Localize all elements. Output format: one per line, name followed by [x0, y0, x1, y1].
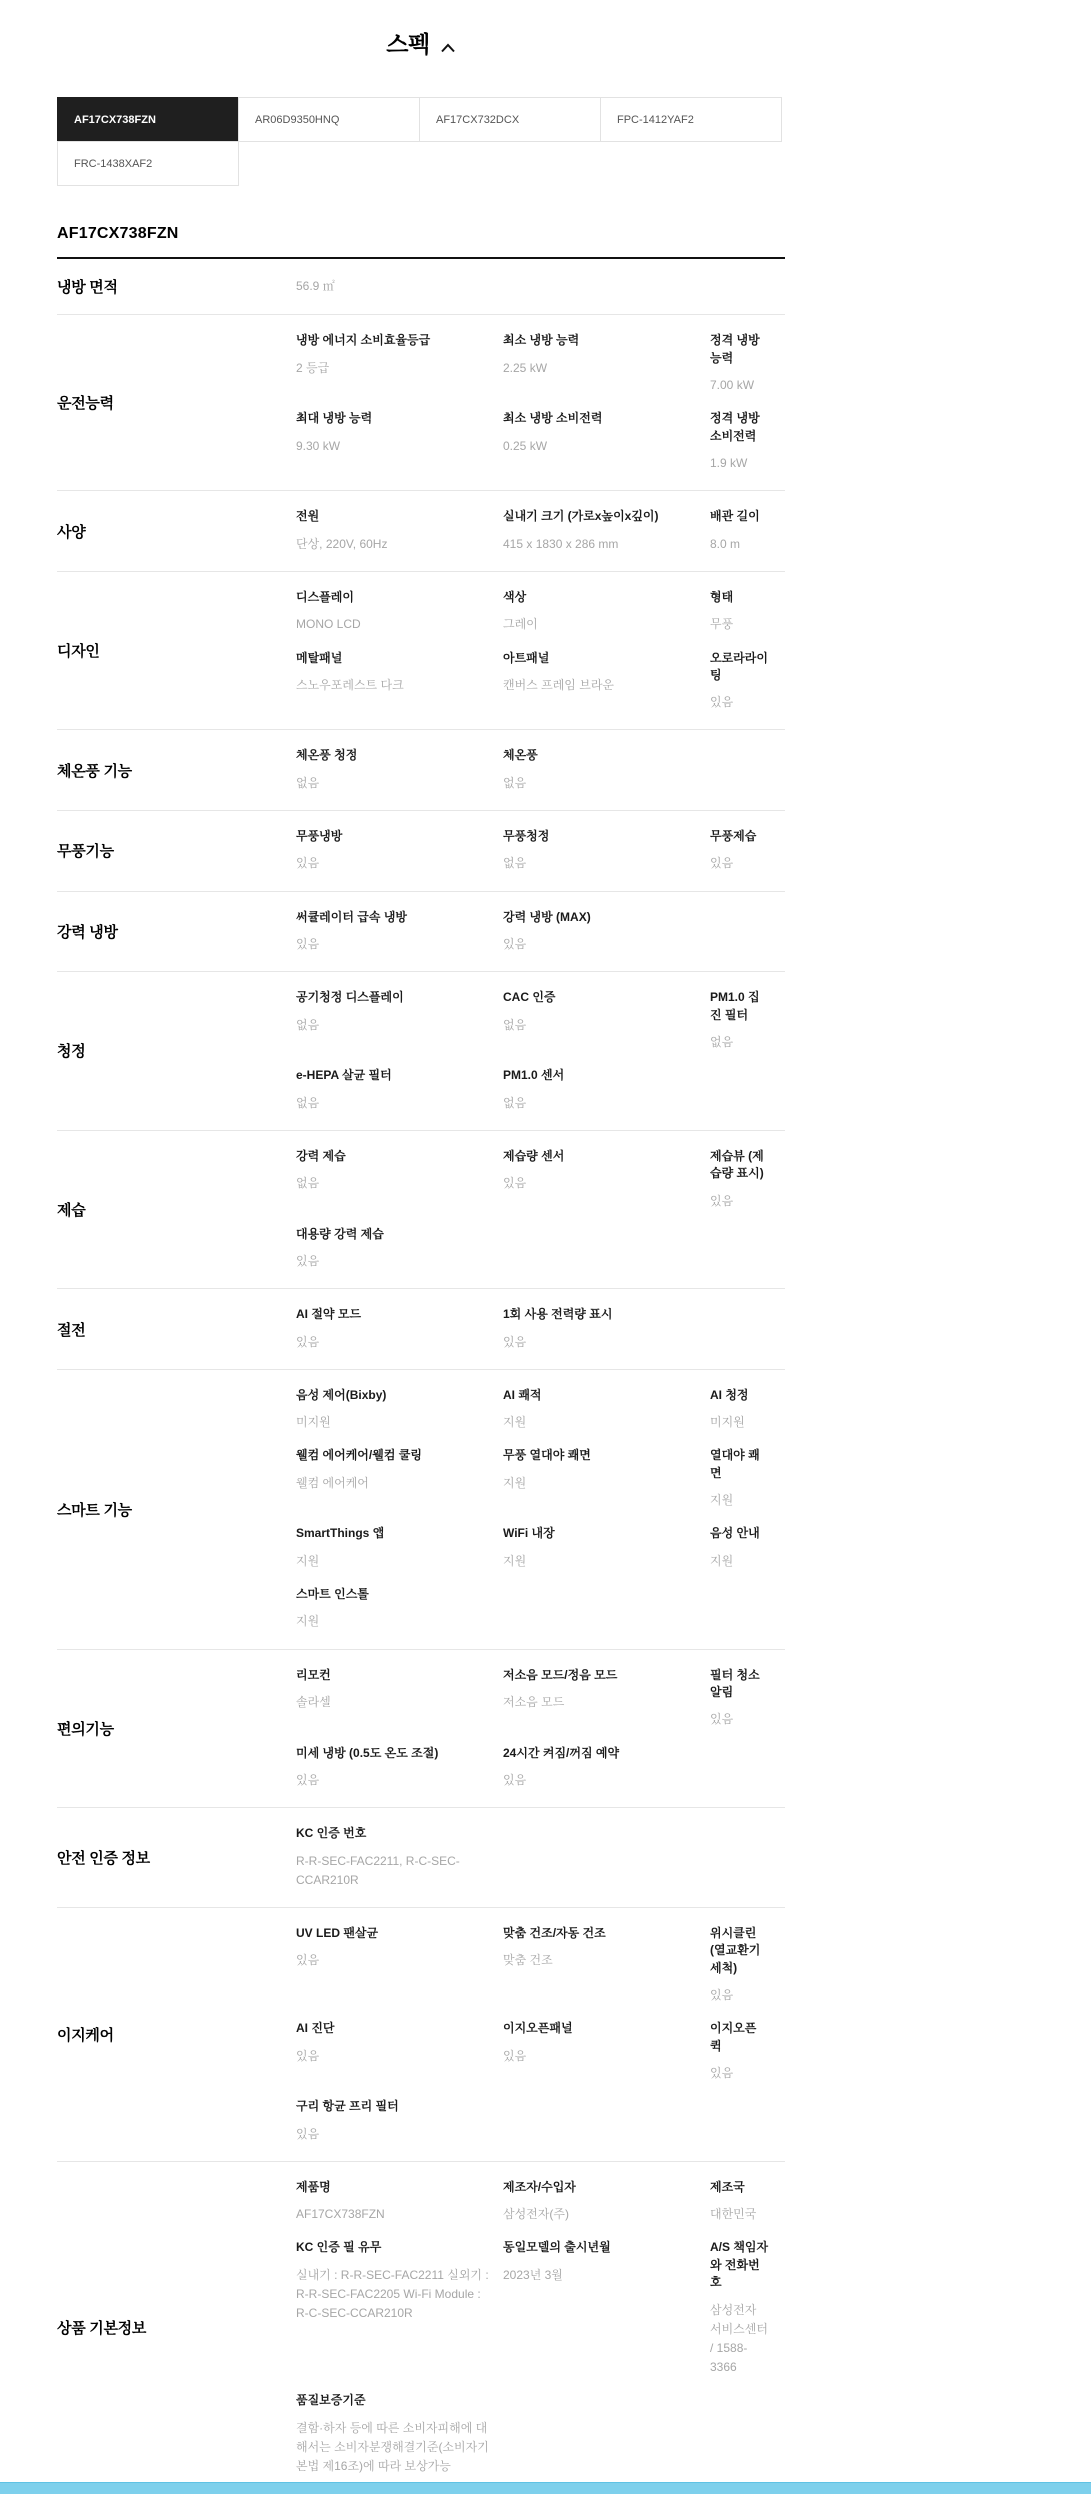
spec-item: 아트패널캔버스 프레임 브라운: [503, 650, 710, 713]
spec-row-title: 사양: [57, 521, 296, 542]
spec-item: 색상그레이: [503, 589, 710, 635]
spec-item: 실내기 크기 (가로x높이x깊이)415 x 1830 x 286 mm: [503, 508, 710, 554]
spec-item-value: 없음: [296, 1016, 489, 1035]
spec-item-value: 있음: [710, 1710, 771, 1729]
spec-item: 써큘레이터 급속 냉방있음: [296, 909, 503, 955]
model-tab-FPC-1412YAF2[interactable]: FPC-1412YAF2: [600, 97, 782, 142]
spec-item: 이지오픈패널있음: [503, 2020, 710, 2083]
spec-item-label: PM1.0 센서: [503, 1067, 696, 1084]
spec-row: 제습강력 제습없음제습량 센서있음제습뷰 (제습량 표시)있음대용량 강력 제습…: [57, 1131, 785, 1290]
spec-row-title: 청정: [57, 1040, 296, 1061]
spec-item-label: 미세 냉방 (0.5도 온도 조절): [296, 1745, 489, 1762]
spec-item: WiFi 내장지원: [503, 1525, 710, 1571]
spec-item-label: e-HEPA 살균 필터: [296, 1067, 489, 1084]
spec-item-value: 9.30 kW: [296, 437, 489, 456]
spec-item-label: 구리 항균 프리 필터: [296, 2098, 489, 2115]
spec-item-value: 미지원: [296, 1413, 489, 1432]
spec-item-value: 2 등급: [296, 359, 489, 378]
spec-item: UV LED 팬살균있음: [296, 1925, 503, 2005]
spec-row-items: 디스플레이MONO LCD색상그레이형태무풍메탈패널스노우포레스트 다크아트패널…: [296, 589, 785, 713]
spec-item-label: PM1.0 집진 필터: [710, 989, 771, 1024]
model-tab-AF17CX732DCX[interactable]: AF17CX732DCX: [419, 97, 601, 142]
spec-item-label: 최대 냉방 능력: [296, 410, 489, 427]
spec-item: 필터 청소 알림있음: [710, 1667, 785, 1730]
spec-item-label: 강력 냉방 (MAX): [503, 909, 696, 926]
spec-item-value: 415 x 1830 x 286 mm: [503, 535, 696, 554]
spec-item-value: 지원: [710, 1552, 771, 1571]
spec-row-title: 상품 기본정보: [57, 2317, 296, 2338]
spec-item-value: 웰컴 에어케어: [296, 1474, 489, 1493]
spec-row: 스마트 기능음성 제어(Bixby)미지원AI 쾌적지원AI 청정미지원웰컴 에…: [57, 1370, 785, 1650]
spec-item-label: 오로라라이팅: [710, 650, 771, 685]
spec-item: 메탈패널스노우포레스트 다크: [296, 650, 503, 713]
spec-item: CAC 인증없음: [503, 989, 710, 1052]
spec-item-label: AI 진단: [296, 2020, 489, 2037]
spec-item: 맞춤 건조/자동 건조맞춤 건조: [503, 1925, 710, 2005]
spec-item-value: 없음: [710, 1033, 771, 1052]
spec-item: 음성 제어(Bixby)미지원: [296, 1387, 503, 1433]
spec-row: 상품 기본정보제품명AF17CX738FZN제조자/수입자삼성전자(주)제조국대…: [57, 2162, 785, 2494]
model-tab-FRC-1438XAF2[interactable]: FRC-1438XAF2: [57, 141, 239, 186]
spec-item-value: 없음: [503, 774, 696, 793]
footer-accent-bar: [0, 2482, 1091, 2494]
spec-item-value: 있음: [296, 1252, 489, 1271]
spec-item-label: 메탈패널: [296, 650, 489, 667]
spec-item: 무풍 열대야 쾌면지원: [503, 1447, 710, 1510]
spec-item-value: 있음: [296, 854, 489, 873]
spec-item-value: 없음: [296, 1174, 489, 1193]
spec-row: 냉방 면적56.9 ㎡: [57, 259, 785, 315]
spec-item: 제품명AF17CX738FZN: [296, 2179, 503, 2225]
spec-item-label: 형태: [710, 589, 771, 606]
spec-item: 전원단상, 220V, 60Hz: [296, 508, 503, 554]
spec-item-label: A/S 책임자와 전화번호: [710, 2239, 771, 2291]
spec-item-label: KC 인증 번호: [296, 1825, 489, 1842]
spec-item-value: 1.9 kW: [710, 454, 771, 473]
spec-accordion-header[interactable]: 스펙: [57, 26, 785, 59]
spec-item-value: 7.00 kW: [710, 376, 771, 395]
spec-item: 오로라라이팅있음: [710, 650, 785, 713]
spec-item-value: 있음: [710, 854, 771, 873]
spec-item-label: AI 청정: [710, 1387, 771, 1404]
spec-row: 강력 냉방써큘레이터 급속 냉방있음강력 냉방 (MAX)있음: [57, 892, 785, 973]
spec-item-value: 지원: [710, 1491, 771, 1510]
spec-item-value: 지원: [503, 1474, 696, 1493]
spec-item-value: 저소음 모드: [503, 1693, 696, 1712]
spec-item: e-HEPA 살균 필터없음: [296, 1067, 503, 1113]
spec-item: 열대야 쾌면지원: [710, 1447, 785, 1510]
spec-item-label: 열대야 쾌면: [710, 1447, 771, 1482]
spec-item-label: 대용량 강력 제습: [296, 1226, 489, 1243]
spec-row: 안전 인증 정보KC 인증 번호R-R-SEC-FAC2211, R-C-SEC…: [57, 1808, 785, 1908]
spec-item: AI 절약 모드있음: [296, 1306, 503, 1352]
spec-item-label: 웰컴 에어케어/웰컴 쿨링: [296, 1447, 489, 1464]
spec-item: 저소음 모드/정음 모드저소음 모드: [503, 1667, 710, 1730]
spec-item: 제조자/수입자삼성전자(주): [503, 2179, 710, 2225]
spec-row-title: 이지케어: [57, 2024, 296, 2045]
spec-item-value: 없음: [296, 1094, 489, 1113]
spec-item-label: 무풍 열대야 쾌면: [503, 1447, 696, 1464]
spec-item-label: AI 쾌적: [503, 1387, 696, 1404]
spec-item: 공기청정 디스플레이없음: [296, 989, 503, 1052]
spec-item: 미세 냉방 (0.5도 온도 조절)있음: [296, 1745, 503, 1791]
spec-item-label: CAC 인증: [503, 989, 696, 1006]
spec-row-title: 제습: [57, 1199, 296, 1220]
spec-item-value: 결함·하자 등에 따른 소비자피해에 대해서는 소비자분쟁해결기준(소비자기본법…: [296, 2419, 489, 2477]
spec-item-label: 무풍냉방: [296, 828, 489, 845]
spec-item-label: 24시간 켜짐/꺼짐 예약: [503, 1745, 696, 1762]
spec-item: 음성 안내지원: [710, 1525, 785, 1571]
spec-item: 체온풍없음: [503, 747, 710, 793]
spec-item-value: 있음: [296, 1333, 489, 1352]
model-tab-AR06D9350HNQ[interactable]: AR06D9350HNQ: [238, 97, 420, 142]
spec-item-value: 있음: [503, 1771, 696, 1790]
spec-row: 청정공기청정 디스플레이없음CAC 인증없음PM1.0 집진 필터없음e-HEP…: [57, 972, 785, 1131]
spec-item: 24시간 켜짐/꺼짐 예약있음: [503, 1745, 710, 1791]
spec-row-items: 제품명AF17CX738FZN제조자/수입자삼성전자(주)제조국대한민국KC 인…: [296, 2179, 785, 2476]
spec-row-items: 56.9 ㎡: [296, 277, 785, 296]
spec-item: 웰컴 에어케어/웰컴 쿨링웰컴 에어케어: [296, 1447, 503, 1510]
spec-item-value: 있음: [296, 1951, 489, 1970]
spec-item-label: 냉방 에너지 소비효율등급: [296, 332, 489, 349]
spec-item-value: 2023년 3월: [503, 2266, 696, 2285]
spec-item: 체온풍 청정없음: [296, 747, 503, 793]
spec-row-title: 디자인: [57, 640, 296, 661]
spec-item-value: 있음: [503, 2047, 696, 2066]
spec-item-label: 스마트 인스톨: [296, 1586, 489, 1603]
spec-item: 정격 냉방 소비전력1.9 kW: [710, 410, 785, 473]
spec-row-items: 써큘레이터 급속 냉방있음강력 냉방 (MAX)있음: [296, 909, 785, 955]
spec-item: 무풍청정없음: [503, 828, 710, 874]
spec-item-label: 공기청정 디스플레이: [296, 989, 489, 1006]
spec-item-value: 있음: [296, 1771, 489, 1790]
spec-item-value: 지원: [503, 1413, 696, 1432]
spec-item-label: 필터 청소 알림: [710, 1667, 771, 1702]
spec-item-label: 동일모델의 출시년월: [503, 2239, 696, 2256]
spec-item-label: 1회 사용 전력량 표시: [503, 1306, 696, 1323]
spec-item-value: 스노우포레스트 다크: [296, 676, 489, 695]
spec-item: A/S 책임자와 전화번호삼성전자 서비스센터 / 1588-3366: [710, 2239, 785, 2377]
spec-item-label: 전원: [296, 508, 489, 525]
spec-item-label: 리모컨: [296, 1667, 489, 1684]
spec-item: 냉방 에너지 소비효율등급2 등급: [296, 332, 503, 395]
spec-item: 이지오픈 퀵있음: [710, 2020, 785, 2083]
spec-row-items: AI 절약 모드있음1회 사용 전력량 표시있음: [296, 1306, 785, 1352]
spec-item: 스마트 인스톨지원: [296, 1586, 503, 1632]
spec-item: 대용량 강력 제습있음: [296, 1226, 503, 1272]
spec-item-label: 색상: [503, 589, 696, 606]
spec-item-value: 미지원: [710, 1413, 771, 1432]
spec-row-items: UV LED 팬살균있음맞춤 건조/자동 건조맞춤 건조위시클린(열교환기 세척…: [296, 1925, 785, 2144]
spec-item: 품질보증기준결함·하자 등에 따른 소비자피해에 대해서는 소비자분쟁해결기준(…: [296, 2392, 503, 2476]
spec-row-items: 무풍냉방있음무풍청정없음무풍제습있음: [296, 828, 785, 874]
spec-item-label: KC 인증 필 유무: [296, 2239, 489, 2256]
spec-item: 강력 제습없음: [296, 1148, 503, 1211]
spec-item-label: 최소 냉방 소비전력: [503, 410, 696, 427]
spec-item-label: 음성 안내: [710, 1525, 771, 1542]
spec-item-label: SmartThings 앱: [296, 1525, 489, 1542]
spec-item: 리모컨솔라셀: [296, 1667, 503, 1730]
spec-item: PM1.0 센서없음: [503, 1067, 710, 1113]
spec-item: AI 진단있음: [296, 2020, 503, 2083]
spec-row-title: 냉방 면적: [57, 276, 296, 297]
spec-item-value: 그레이: [503, 615, 696, 634]
spec-item-value: 56.9 ㎡: [296, 277, 489, 296]
spec-item-value: 있음: [710, 1192, 771, 1211]
spec-item-value: 2.25 kW: [503, 359, 696, 378]
spec-row: 이지케어UV LED 팬살균있음맞춤 건조/자동 건조맞춤 건조위시클린(열교환…: [57, 1908, 785, 2162]
spec-item-label: 무풍제습: [710, 828, 771, 845]
spec-row: 무풍기능무풍냉방있음무풍청정없음무풍제습있음: [57, 811, 785, 892]
spec-item-label: 제품명: [296, 2179, 489, 2196]
spec-item-label: AI 절약 모드: [296, 1306, 489, 1323]
spec-item: 1회 사용 전력량 표시있음: [503, 1306, 710, 1352]
spec-item-value: 삼성전자(주): [503, 2205, 696, 2224]
spec-row: 절전AI 절약 모드있음1회 사용 전력량 표시있음: [57, 1289, 785, 1370]
spec-item: 제습뷰 (제습량 표시)있음: [710, 1148, 785, 1211]
spec-item-label: 강력 제습: [296, 1148, 489, 1165]
spec-row-title: 스마트 기능: [57, 1499, 296, 1520]
spec-item-value: 0.25 kW: [503, 437, 696, 456]
spec-item-value: 있음: [296, 2047, 489, 2066]
spec-item-value: 지원: [296, 1552, 489, 1571]
spec-item-label: 실내기 크기 (가로x높이x깊이): [503, 508, 696, 525]
spec-title: 스펙: [386, 31, 429, 57]
spec-item: 형태무풍: [710, 589, 785, 635]
spec-row-title: 강력 냉방: [57, 921, 296, 942]
spec-item: 강력 냉방 (MAX)있음: [503, 909, 710, 955]
spec-item-label: 위시클린(열교환기 세척): [710, 1925, 771, 1977]
spec-item-label: WiFi 내장: [503, 1525, 696, 1542]
spec-item-value: AF17CX738FZN: [296, 2205, 489, 2224]
spec-item: KC 인증 필 유무실내기 : R-R-SEC-FAC2211 실외기 : R-…: [296, 2239, 503, 2377]
model-heading: AF17CX738FZN: [57, 225, 785, 243]
spec-row: 사양전원단상, 220V, 60Hz실내기 크기 (가로x높이x깊이)415 x…: [57, 491, 785, 572]
spec-item: PM1.0 집진 필터없음: [710, 989, 785, 1052]
spec-row-title: 편의기능: [57, 1718, 296, 1739]
spec-item-label: 써큘레이터 급속 냉방: [296, 909, 489, 926]
spec-item-label: 체온풍: [503, 747, 696, 764]
spec-item-label: 최소 냉방 능력: [503, 332, 696, 349]
spec-item: 최소 냉방 소비전력0.25 kW: [503, 410, 710, 473]
spec-row-items: 체온풍 청정없음체온풍없음: [296, 747, 785, 793]
spec-item-value: 무풍: [710, 615, 771, 634]
spec-item: 제조국대한민국: [710, 2179, 785, 2225]
spec-item-label: 정격 냉방 소비전력: [710, 410, 771, 445]
spec-row-items: 공기청정 디스플레이없음CAC 인증없음PM1.0 집진 필터없음e-HEPA …: [296, 989, 785, 1113]
spec-item: 정격 냉방 능력7.00 kW: [710, 332, 785, 395]
spec-item: 배관 길이8.0 m: [710, 508, 785, 554]
spec-item-label: 저소음 모드/정음 모드: [503, 1667, 696, 1684]
spec-row: 디자인디스플레이MONO LCD색상그레이형태무풍메탈패널스노우포레스트 다크아…: [57, 572, 785, 731]
spec-content: AF17CX738FZN 냉방 면적56.9 ㎡운전능력냉방 에너지 소비효율등…: [57, 225, 785, 2494]
spec-row-title: 절전: [57, 1319, 296, 1340]
spec-row-title: 안전 인증 정보: [57, 1847, 296, 1868]
spec-item-value: 삼성전자 서비스센터 / 1588-3366: [710, 2301, 771, 2378]
spec-item-value: 없음: [503, 1016, 696, 1035]
model-tabs: AF17CX738FZNAR06D9350HNQAF17CX732DCXFPC-…: [57, 97, 786, 185]
spec-item-value: 지원: [503, 1552, 696, 1571]
spec-item-label: 무풍청정: [503, 828, 696, 845]
spec-item: 무풍제습있음: [710, 828, 785, 874]
spec-item-label: 맞춤 건조/자동 건조: [503, 1925, 696, 1942]
spec-item: 제습량 센서있음: [503, 1148, 710, 1211]
spec-item: KC 인증 번호R-R-SEC-FAC2211, R-C-SEC-CCAR210…: [296, 1825, 503, 1890]
spec-item-value: 없음: [503, 1094, 696, 1113]
spec-item-value: 있음: [710, 2064, 771, 2083]
spec-row-title: 체온풍 기능: [57, 760, 296, 781]
spec-item: 구리 항균 프리 필터있음: [296, 2098, 503, 2144]
spec-item-label: 음성 제어(Bixby): [296, 1387, 489, 1404]
spec-item-value: 있음: [710, 1986, 771, 2005]
spec-item-value: 없음: [296, 774, 489, 793]
spec-item-value: 없음: [503, 854, 696, 873]
spec-item-value: 있음: [503, 1174, 696, 1193]
spec-item-label: 디스플레이: [296, 589, 489, 606]
spec-item-value: 있음: [296, 2125, 489, 2144]
spec-item-label: 제조국: [710, 2179, 771, 2196]
spec-row: 운전능력냉방 에너지 소비효율등급2 등급최소 냉방 능력2.25 kW정격 냉…: [57, 315, 785, 491]
spec-row-items: 강력 제습없음제습량 센서있음제습뷰 (제습량 표시)있음대용량 강력 제습있음: [296, 1148, 785, 1272]
spec-item: 무풍냉방있음: [296, 828, 503, 874]
spec-row-title: 운전능력: [57, 392, 296, 413]
spec-item-value: R-R-SEC-FAC2211, R-C-SEC-CCAR210R: [296, 1852, 489, 1890]
spec-item-label: 제조자/수입자: [503, 2179, 696, 2196]
spec-item: 위시클린(열교환기 세척)있음: [710, 1925, 785, 2005]
spec-item: SmartThings 앱지원: [296, 1525, 503, 1571]
spec-item-label: 이지오픈 퀵: [710, 2020, 771, 2055]
spec-item-value: 맞춤 건조: [503, 1951, 696, 1970]
spec-item: 56.9 ㎡: [296, 277, 503, 296]
spec-item-value: 캔버스 프레임 브라운: [503, 676, 696, 695]
spec-item: 최소 냉방 능력2.25 kW: [503, 332, 710, 395]
spec-item: 동일모델의 출시년월2023년 3월: [503, 2239, 710, 2377]
spec-item-value: 지원: [296, 1612, 489, 1631]
spec-item-value: 실내기 : R-R-SEC-FAC2211 실외기 : R-R-SEC-FAC2…: [296, 2266, 489, 2324]
spec-item-value: 있음: [503, 1333, 696, 1352]
spec-item-value: 8.0 m: [710, 535, 771, 554]
spec-item-label: 배관 길이: [710, 508, 771, 525]
spec-row: 편의기능리모컨솔라셀저소음 모드/정음 모드저소음 모드필터 청소 알림있음미세…: [57, 1650, 785, 1809]
spec-row-items: 냉방 에너지 소비효율등급2 등급최소 냉방 능력2.25 kW정격 냉방 능력…: [296, 332, 785, 473]
spec-item: AI 청정미지원: [710, 1387, 785, 1433]
spec-item: AI 쾌적지원: [503, 1387, 710, 1433]
chevron-up-icon[interactable]: [440, 32, 456, 59]
spec-page: 스펙 AF17CX738FZNAR06D9350HNQAF17CX732DCXF…: [0, 0, 1091, 2494]
spec-item-label: 품질보증기준: [296, 2392, 489, 2409]
spec-item-label: 제습뷰 (제습량 표시): [710, 1148, 771, 1183]
spec-item-value: 있음: [503, 935, 696, 954]
spec-item-value: 단상, 220V, 60Hz: [296, 535, 489, 554]
spec-item-label: UV LED 팬살균: [296, 1925, 489, 1942]
spec-item-value: 대한민국: [710, 2205, 771, 2224]
spec-item-label: 아트패널: [503, 650, 696, 667]
spec-item-label: 체온풍 청정: [296, 747, 489, 764]
spec-table: 냉방 면적56.9 ㎡운전능력냉방 에너지 소비효율등급2 등급최소 냉방 능력…: [57, 259, 785, 2494]
model-tab-AF17CX738FZN[interactable]: AF17CX738FZN: [57, 97, 239, 142]
spec-item-label: 이지오픈패널: [503, 2020, 696, 2037]
spec-row-items: KC 인증 번호R-R-SEC-FAC2211, R-C-SEC-CCAR210…: [296, 1825, 785, 1890]
spec-item-value: 솔라셀: [296, 1693, 489, 1712]
spec-row: 체온풍 기능체온풍 청정없음체온풍없음: [57, 730, 785, 811]
spec-item-label: 정격 냉방 능력: [710, 332, 771, 367]
spec-item-value: MONO LCD: [296, 615, 489, 634]
spec-row-items: 전원단상, 220V, 60Hz실내기 크기 (가로x높이x깊이)415 x 1…: [296, 508, 785, 554]
spec-item-value: 있음: [296, 935, 489, 954]
spec-item: 디스플레이MONO LCD: [296, 589, 503, 635]
spec-row-items: 리모컨솔라셀저소음 모드/정음 모드저소음 모드필터 청소 알림있음미세 냉방 …: [296, 1667, 785, 1791]
spec-row-title: 무풍기능: [57, 840, 296, 861]
spec-row-items: 음성 제어(Bixby)미지원AI 쾌적지원AI 청정미지원웰컴 에어케어/웰컴…: [296, 1387, 785, 1632]
spec-item-label: 제습량 센서: [503, 1148, 696, 1165]
spec-item: 최대 냉방 능력9.30 kW: [296, 410, 503, 473]
spec-item-value: 있음: [710, 693, 771, 712]
